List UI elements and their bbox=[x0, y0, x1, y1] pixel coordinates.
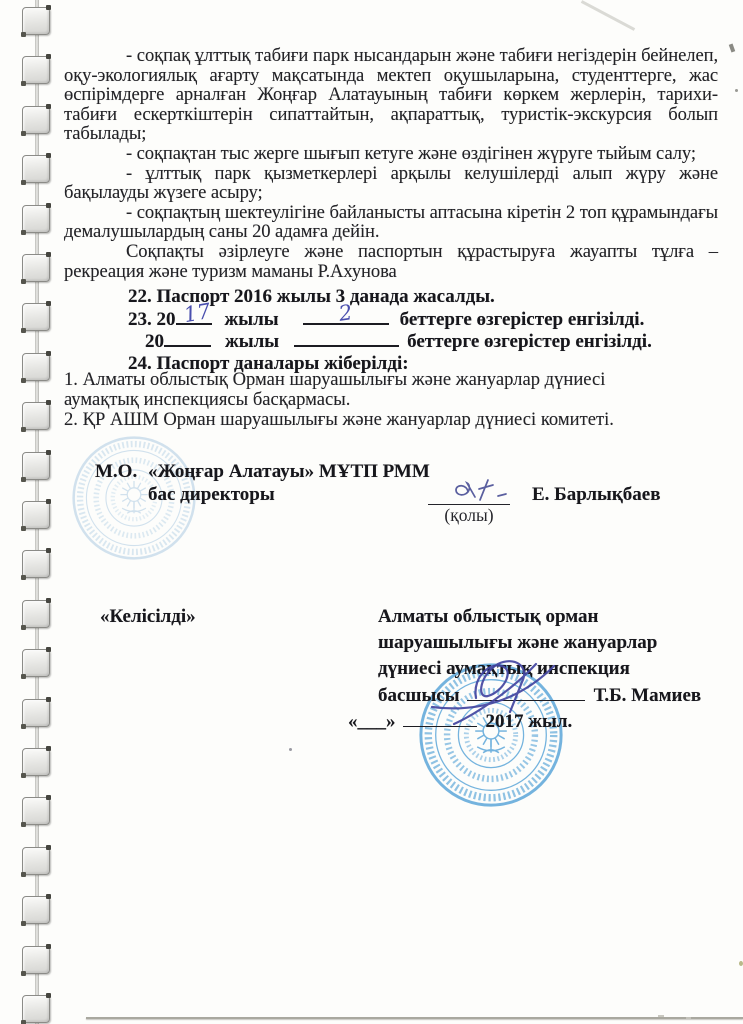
approval-blank-line bbox=[403, 711, 477, 727]
binder-ring bbox=[22, 896, 50, 924]
scan-artifact bbox=[289, 748, 292, 751]
binder-ring bbox=[22, 600, 50, 628]
approval-date-prefix: «___» bbox=[348, 711, 396, 732]
approval-org-line-2: шаруашылығы және жануарлар bbox=[378, 630, 718, 656]
binder-ring bbox=[22, 452, 50, 480]
item-23-prefix: 23. 20 bbox=[128, 309, 176, 330]
binder-rail bbox=[0, 0, 60, 1024]
binder-ring bbox=[22, 106, 50, 134]
approval-head-name: Т.Б. Мамиев bbox=[594, 685, 702, 706]
body-paragraph-3: - ұлттық парк қызметкерлері арқылы келуш… bbox=[64, 164, 718, 203]
binder-ring bbox=[22, 56, 50, 84]
blank-line: 2 bbox=[303, 308, 389, 325]
scanned-document-page: - соқпақ ұлттық табиғи парк нысандарын ж… bbox=[0, 0, 743, 1024]
body-paragraph-5: Соқпақты әзірлеуге және паспортын құраст… bbox=[64, 242, 718, 281]
item-23b-suffix: беттерге өзгерістер енгізілді. bbox=[407, 331, 652, 352]
body-paragraph-4: - соқпақтың шектеулігіне байланысты апта… bbox=[64, 203, 718, 242]
approval-date-row: «___»2017 жыл. bbox=[348, 709, 718, 735]
approval-block: Алматы облыстық орман шаруашылығы және ж… bbox=[378, 604, 718, 735]
org-name: «Жоңғар Алатауы» МҰТП РММ bbox=[148, 461, 430, 483]
item-23-suffix: беттерге өзгерістер енгізілді. bbox=[400, 309, 645, 330]
director-title: бас директоры bbox=[148, 484, 275, 506]
page-bottom-edge bbox=[86, 1017, 743, 1019]
agreed-label: «Келісілді» bbox=[100, 606, 196, 628]
blank-line bbox=[294, 330, 399, 347]
item-23b-prefix: 20 bbox=[145, 331, 164, 352]
binder-ring bbox=[22, 155, 50, 183]
dest-item-2: 2. ҚР АШМ Орман шаруашылығы және жануарл… bbox=[64, 410, 724, 430]
scan-artifact bbox=[581, 0, 635, 31]
item-23b-word-year: жылы bbox=[225, 331, 279, 352]
scan-artifact bbox=[739, 961, 743, 966]
binder-ring bbox=[22, 353, 50, 381]
passport-items: 22. Паспорт 2016 жылы 3 данада жасалды. … bbox=[64, 286, 724, 374]
body-paragraph-1: - соқпақ ұлттық табиғи парк нысандарын ж… bbox=[64, 46, 718, 144]
scan-artifact bbox=[735, 89, 738, 92]
handwritten-year-17: 17 bbox=[182, 301, 212, 327]
binder-ring bbox=[22, 946, 50, 974]
binder-ring bbox=[22, 7, 50, 35]
approval-blank-line bbox=[467, 685, 585, 701]
blank-line: 17 bbox=[176, 308, 212, 325]
item-23: 23. 2017жылы2беттерге өзгерістер енгізіл… bbox=[128, 308, 724, 331]
director-name: Е. Барлықбаев bbox=[532, 484, 660, 506]
scan-artifact bbox=[686, 1017, 691, 1019]
binder-ring bbox=[22, 501, 50, 529]
binder-ring bbox=[22, 847, 50, 875]
binder-ring bbox=[22, 699, 50, 727]
approval-head-title: басшысы bbox=[378, 685, 460, 706]
passport-destinations: 1. Алматы облыстық Орман шаруашылығы жән… bbox=[64, 370, 724, 430]
director-signature-line bbox=[428, 472, 510, 505]
handwritten-pages-2: 2 bbox=[337, 302, 353, 325]
seal-place-label: М.О. bbox=[95, 461, 137, 483]
binder-ring bbox=[22, 550, 50, 578]
document-body: - соқпақ ұлттық табиғи парк нысандарын ж… bbox=[64, 46, 718, 281]
dest-item-1-line-1: 1. Алматы облыстық Орман шаруашылығы жән… bbox=[64, 370, 724, 390]
item-23-word-year: жылы bbox=[225, 309, 279, 330]
binder-ring bbox=[22, 797, 50, 825]
binder-ring bbox=[22, 205, 50, 233]
signature-caption: (қолы) bbox=[424, 505, 514, 526]
approval-year: 2017 жыл. bbox=[486, 711, 573, 732]
item-23b: 20жылыбеттерге өзгерістер енгізілді. bbox=[145, 330, 724, 353]
binder-ring bbox=[22, 995, 50, 1023]
dest-item-1-line-2: аумақтық инспекциясы басқармасы. bbox=[64, 390, 724, 410]
blank-line bbox=[164, 330, 211, 347]
scan-artifact bbox=[658, 1015, 664, 1017]
body-paragraph-2: - соқпақтан тыс жерге шығып кетуге және … bbox=[64, 144, 718, 164]
item-22: 22. Паспорт 2016 жылы 3 данада жасалды. bbox=[128, 286, 724, 308]
binder-ring bbox=[22, 748, 50, 776]
binder-ring bbox=[22, 303, 50, 331]
approval-org-line-3: дүниесі аумақтық инспекция bbox=[378, 656, 718, 682]
binder-ring bbox=[22, 254, 50, 282]
binder-ring bbox=[22, 649, 50, 677]
binder-ring bbox=[22, 402, 50, 430]
approval-org-line-1: Алматы облыстық орман bbox=[378, 604, 718, 630]
scan-artifact bbox=[729, 44, 735, 53]
approval-head-row: басшысыТ.Б. Мамиев bbox=[378, 683, 718, 709]
